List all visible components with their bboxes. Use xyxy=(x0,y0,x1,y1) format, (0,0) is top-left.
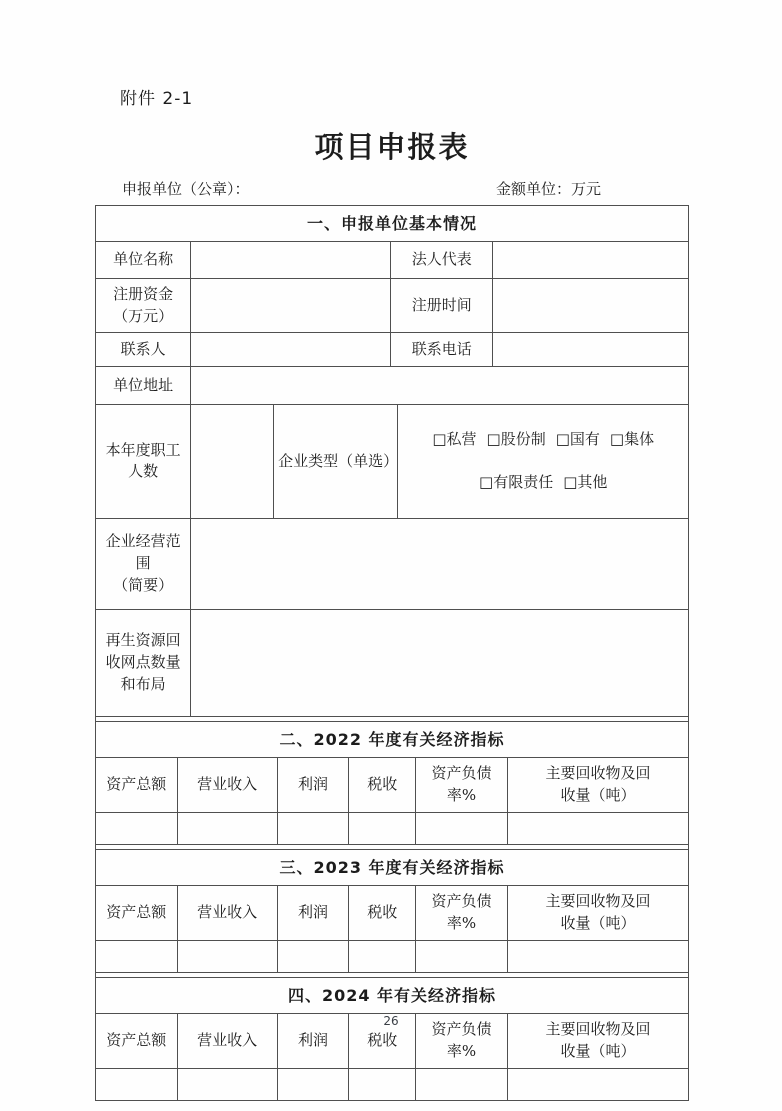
econ-2024-profit-field[interactable] xyxy=(277,1068,349,1100)
section1-title: 一、申报单位基本情况 xyxy=(96,206,688,242)
econ-2022-recyclables-field[interactable] xyxy=(507,812,688,844)
recycling-network-field[interactable] xyxy=(191,609,688,716)
checkbox-option-private[interactable]: □私营 xyxy=(432,429,476,451)
reg-capital-label: 注册资金 （万元） xyxy=(96,279,191,333)
checkbox-option-state-owned[interactable]: □国有 xyxy=(556,429,600,451)
econ-2024-tax-field[interactable] xyxy=(349,1068,416,1100)
econ-2024-assets-field[interactable] xyxy=(96,1068,177,1100)
checkbox-option-collective[interactable]: □集体 xyxy=(610,429,654,451)
econ-2022-table: 二、2022 年度有关经济指标 资产总额 营业收入 利润 税收 资产负债 率% … xyxy=(96,722,688,844)
econ-2022-profit-field[interactable] xyxy=(277,812,349,844)
econ-2022-tax-field[interactable] xyxy=(349,812,416,844)
staff-count-field[interactable] xyxy=(191,405,274,518)
checkbox-option-joint-stock[interactable]: □股份制 xyxy=(487,429,546,451)
checkbox-option-other[interactable]: □其他 xyxy=(563,472,607,494)
col-header-profit: 利润 xyxy=(277,757,349,812)
section2-title: 二、2022 年度有关经济指标 xyxy=(96,722,688,758)
declare-unit-label: 申报单位（公章）： xyxy=(122,178,250,199)
staff-count-label: 本年度职工 人数 xyxy=(96,405,191,518)
business-scope-field[interactable] xyxy=(191,519,688,610)
address-field[interactable] xyxy=(191,367,688,405)
document-page: 附件 2-1 项目申报表 申报单位（公章）： 金额单位：万元 一、申报单位基本情… xyxy=(0,0,782,1111)
scope-network-table: 企业经营范 围 （简要） 再生资源回 收网点数量 和布局 xyxy=(96,519,688,716)
col-header-profit: 利润 xyxy=(277,885,349,940)
econ-2023-assets-field[interactable] xyxy=(96,940,177,972)
col-header-tax: 税收 xyxy=(349,757,416,812)
col-header-revenue: 营业收入 xyxy=(177,757,277,812)
reg-capital-field[interactable] xyxy=(191,279,391,333)
econ-2022-assets-field[interactable] xyxy=(96,812,177,844)
econ-2023-revenue-field[interactable] xyxy=(177,940,277,972)
econ-2023-recyclables-field[interactable] xyxy=(507,940,688,972)
econ-2023-table: 三、2023 年度有关经济指标 资产总额 营业收入 利润 税收 资产负债 率% … xyxy=(96,850,688,972)
checkbox-option-limited-liability[interactable]: □有限责任 xyxy=(479,472,553,494)
col-header-debt-ratio: 资产负债 率% xyxy=(416,757,508,812)
legal-rep-label: 法人代表 xyxy=(391,242,493,279)
unit-name-field[interactable] xyxy=(191,242,391,279)
attachment-label: 附件 2-1 xyxy=(120,0,689,109)
econ-2023-profit-field[interactable] xyxy=(277,940,349,972)
page-number: 26 xyxy=(0,1014,782,1028)
legal-rep-field[interactable] xyxy=(493,242,688,279)
reg-time-field[interactable] xyxy=(493,279,688,333)
contact-label: 联系人 xyxy=(96,333,191,367)
reg-time-label: 注册时间 xyxy=(391,279,493,333)
col-header-debt-ratio: 资产负债 率% xyxy=(416,885,508,940)
col-header-main-recyclables: 主要回收物及回 收量（吨） xyxy=(507,757,688,812)
page-title: 项目申报表 xyxy=(95,125,689,166)
enterprise-type-row: 本年度职工 人数 企业类型（单选） □私营 □股份制 □国有 □集体 □有限责任… xyxy=(96,405,688,518)
recycling-network-label: 再生资源回 收网点数量 和布局 xyxy=(96,609,191,716)
business-scope-label: 企业经营范 围 （简要） xyxy=(96,519,191,610)
contact-field[interactable] xyxy=(191,333,391,367)
section3-title: 三、2023 年度有关经济指标 xyxy=(96,850,688,886)
address-label: 单位地址 xyxy=(96,367,191,405)
col-header-total-assets: 资产总额 xyxy=(96,885,177,940)
enterprise-type-options: □私营 □股份制 □国有 □集体 □有限责任 □其他 xyxy=(398,405,688,518)
enterprise-type-label: 企业类型（单选） xyxy=(274,405,398,518)
amount-unit-label: 金额单位：万元 xyxy=(496,178,601,199)
col-header-tax: 税收 xyxy=(349,885,416,940)
econ-2024-debt-ratio-field[interactable] xyxy=(416,1068,508,1100)
econ-2024-recyclables-field[interactable] xyxy=(507,1068,688,1100)
application-form-table: 一、申报单位基本情况 单位名称 法人代表 注册资金 （万元） 注册时间 联系人 xyxy=(95,205,689,1101)
phone-label: 联系电话 xyxy=(391,333,493,367)
col-header-revenue: 营业收入 xyxy=(177,885,277,940)
econ-2022-debt-ratio-field[interactable] xyxy=(416,812,508,844)
col-header-main-recyclables: 主要回收物及回 收量（吨） xyxy=(507,885,688,940)
phone-field[interactable] xyxy=(493,333,688,367)
unit-name-label: 单位名称 xyxy=(96,242,191,279)
econ-2024-revenue-field[interactable] xyxy=(177,1068,277,1100)
econ-2023-tax-field[interactable] xyxy=(349,940,416,972)
section4-title: 四、2024 年有关经济指标 xyxy=(96,978,688,1014)
econ-2024-table: 四、2024 年有关经济指标 资产总额 营业收入 利润 税收 资产负债 率% 主… xyxy=(96,978,688,1100)
econ-2023-debt-ratio-field[interactable] xyxy=(416,940,508,972)
col-header-total-assets: 资产总额 xyxy=(96,757,177,812)
econ-2022-revenue-field[interactable] xyxy=(177,812,277,844)
basic-info-table: 一、申报单位基本情况 单位名称 法人代表 注册资金 （万元） 注册时间 联系人 xyxy=(96,206,688,404)
